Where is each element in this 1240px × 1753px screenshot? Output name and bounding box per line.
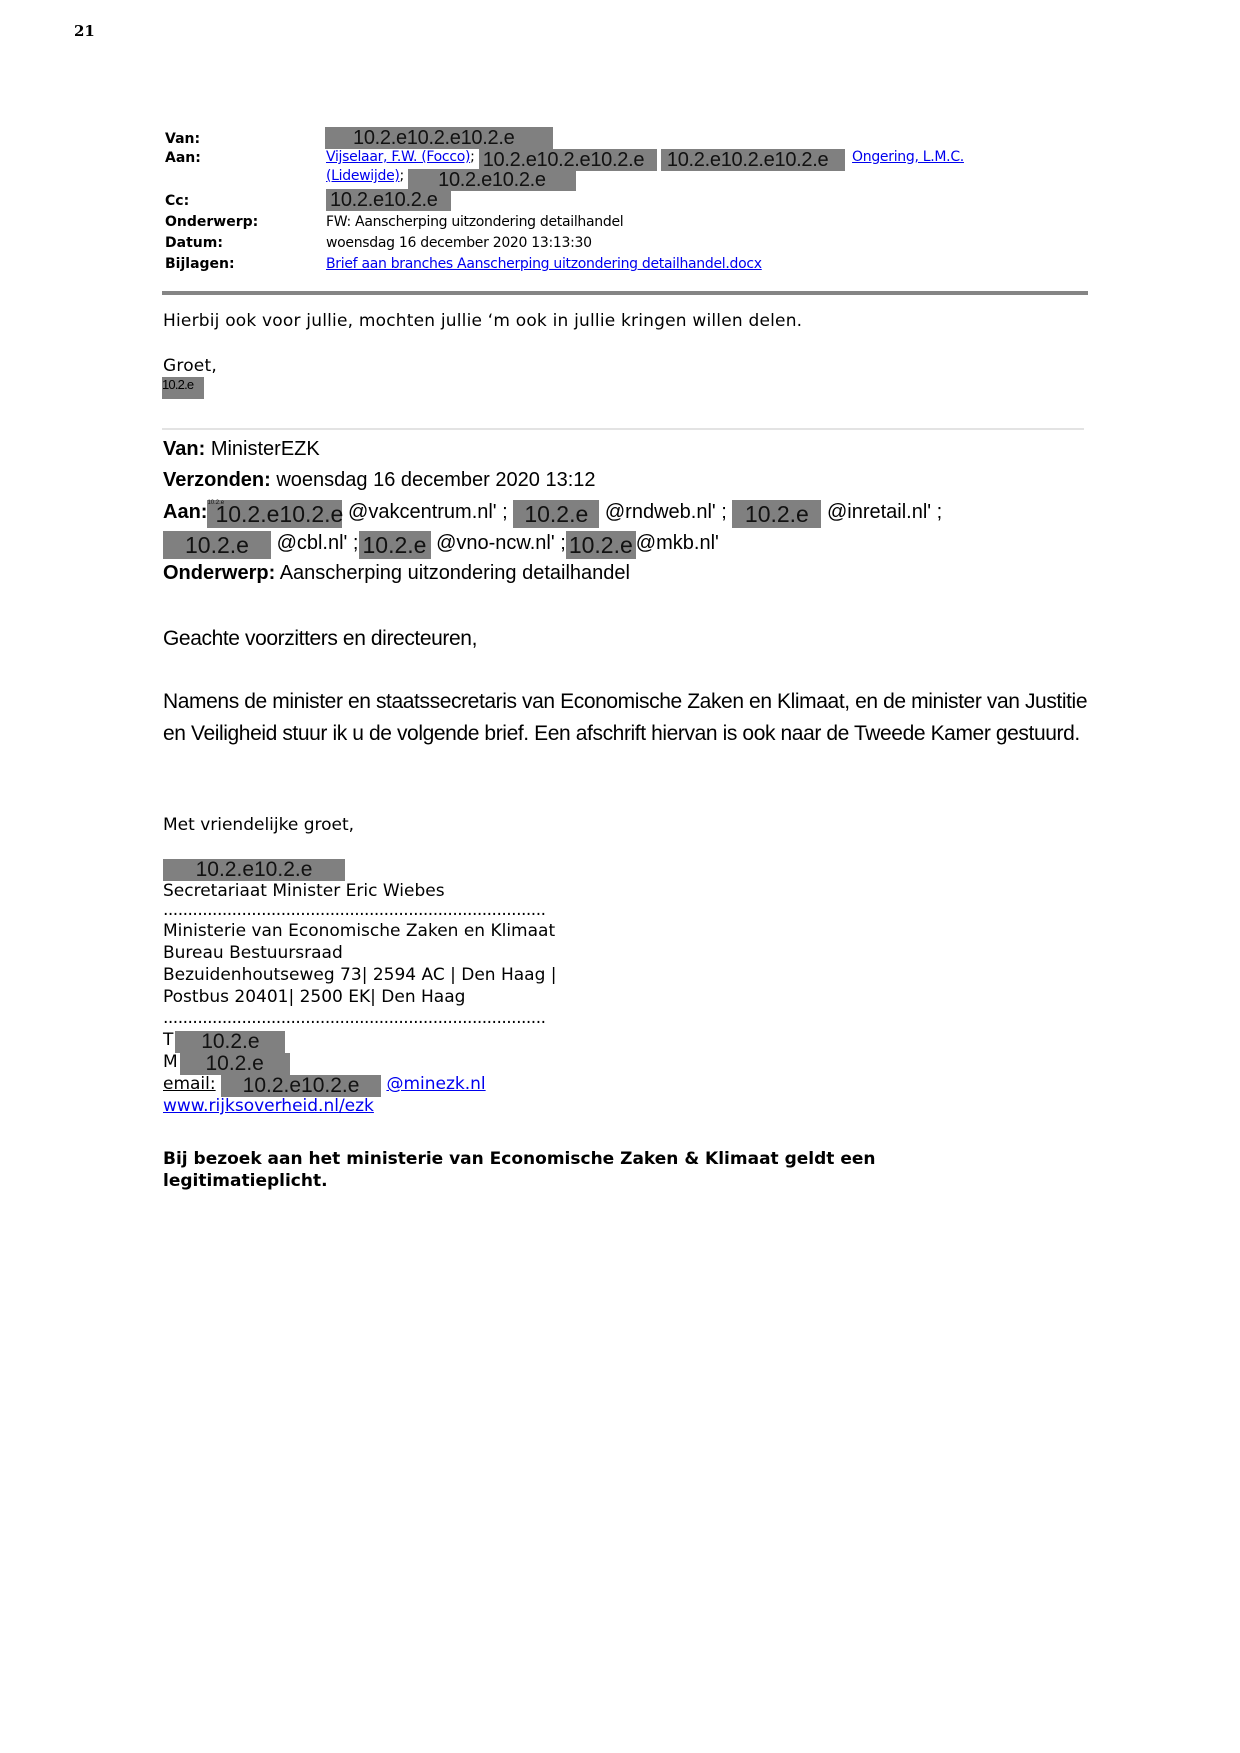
fwd-van: Van: MinisterEZK [163,438,320,461]
redaction-block: 10.2.e [359,531,431,559]
fwd-onderwerp-value: Aanscherping uitzondering detailhandel [280,562,630,584]
redaction-block: 10.2.e [513,500,599,528]
signature-dept: Bureau Bestuursraad [163,942,343,964]
redaction-block: 10.2.e [180,1053,290,1075]
website-link[interactable]: www.rijksoverheid.nl/ezk [163,1096,374,1116]
redaction-block: 10.2.e10.2.e10.2.e [661,149,845,171]
datum-value: woensdag 16 december 2020 13:13:30 [326,235,592,251]
domain-rndweb: @rndweb.nl' ; [605,501,727,523]
fwd-verzonden-label: Verzonden: [163,469,271,491]
redaction-block: 10.2.e [163,531,271,559]
redaction-block: 10.2.e [162,377,204,399]
fwd-aan: Aan:10.2.e10.2.e10.2.e @vakcentrum.nl' ;… [163,500,942,528]
bijlagen-label: Bijlagen: [165,256,235,272]
bijlagen-value: Brief aan branches Aanscherping uitzonde… [326,256,762,272]
signature-phone: T10.2.e [163,1029,285,1053]
signature-org: Ministerie van Economische Zaken en Klim… [163,920,555,942]
cc-label: Cc: [165,193,189,209]
email-domain-link[interactable]: @minezk.nl [386,1074,485,1094]
recipient-link-ongering-cont[interactable]: (Lidewijde) [326,168,400,184]
message-body: Hierbij ook voor jullie, mochten jullie … [163,311,802,331]
mobile-label: M [163,1052,178,1072]
fwd-van-value: MinisterEZK [211,438,320,460]
domain-vakcentrum: @vakcentrum.nl' ; [348,501,508,523]
email-label-link[interactable]: email: [163,1074,216,1094]
legitimation-notice: Bij bezoek aan het ministerie van Econom… [163,1148,983,1192]
signature-address2: Postbus 20401| 2500 EK| Den Haag [163,986,465,1008]
fwd-verzonden: Verzonden: woensdag 16 december 2020 13:… [163,469,596,492]
forward-divider [162,428,1084,430]
tiny-redaction-text: 10.2.e [207,500,217,506]
signature-mobile: M10.2.e [163,1051,290,1075]
dotted-separator: ........................................… [163,1007,546,1029]
redaction-block: 10.2.e [732,500,821,528]
fwd-aan-line2: 10.2.e @cbl.nl' ;10.2.e @vno-ncw.nl' ;10… [163,531,719,559]
redaction-block: 10.2.e10.2.e [408,169,576,191]
redaction-block: 10.2.e10.2.e [326,189,451,211]
cc-value: 10.2.e10.2.e [326,189,451,211]
separator: ; [470,149,474,165]
aan-label: Aan: [165,150,201,166]
salutation: Geachte voorzitters en directeuren, [163,623,1123,655]
header-divider [162,291,1088,295]
redaction-text: 10.2.e10.2.e [215,501,343,527]
greeting: Groet, [163,356,217,376]
van-value: 10.2.e10.2.e10.2.e [325,127,553,149]
separator: ; [400,168,404,184]
onderwerp-value: FW: Aanscherping uitzondering detailhand… [326,214,623,230]
attachment-link[interactable]: Brief aan branches Aanscherping uitzonde… [326,256,762,272]
fwd-onderwerp: Onderwerp: Aanscherping uitzondering det… [163,562,630,585]
domain-inretail: @inretail.nl' ; [827,501,942,523]
fwd-verzonden-value: woensdag 16 december 2020 13:12 [276,469,595,491]
closing: Met vriendelijke groet, [163,814,354,836]
redaction-block: 10.2.e10.2.e10.2.e [325,127,553,149]
phone-label: T [163,1030,173,1050]
redaction-block: 10.2.e [175,1031,285,1053]
fwd-van-label: Van: [163,438,205,460]
aan-value-line2: (Lidewijde); 10.2.e10.2.e [326,168,576,191]
domain-mkb: @mkb.nl' [636,532,719,554]
fwd-onderwerp-label: Onderwerp: [163,562,275,584]
redaction-block: 10.2.e10.2.e [221,1075,381,1097]
signature-website: www.rijksoverheid.nl/ezk [163,1095,374,1117]
letter-paragraph: Namens de minister en staatssecretaris v… [163,686,1093,750]
datum-label: Datum: [165,235,223,251]
dotted-separator: ........................................… [163,899,546,921]
signature-address1: Bezuidenhoutseweg 73| 2594 AC | Den Haag… [163,964,557,986]
onderwerp-label: Onderwerp: [165,214,258,230]
recipient-link-vijselaar[interactable]: Vijselaar, F.W. (Focco) [326,149,470,165]
page-number: 21 [74,22,95,40]
fwd-aan-label: Aan: [163,501,207,523]
signature-name: 10.2.e10.2.e [163,857,345,881]
signature-email: email: 10.2.e10.2.e @minezk.nl [163,1073,486,1097]
domain-cbl: @cbl.nl' ; [277,532,359,554]
redaction-block: 10.2.e [566,531,636,559]
domain-vno-ncw: @vno-ncw.nl' ; [436,532,566,554]
van-label: Van: [165,131,200,147]
recipient-link-ongering[interactable]: Ongering, L.M.C. [852,149,964,165]
redaction-block: 10.2.e10.2.e [163,859,345,881]
redaction-block: 10.2.e10.2.e10.2.e [207,500,342,528]
